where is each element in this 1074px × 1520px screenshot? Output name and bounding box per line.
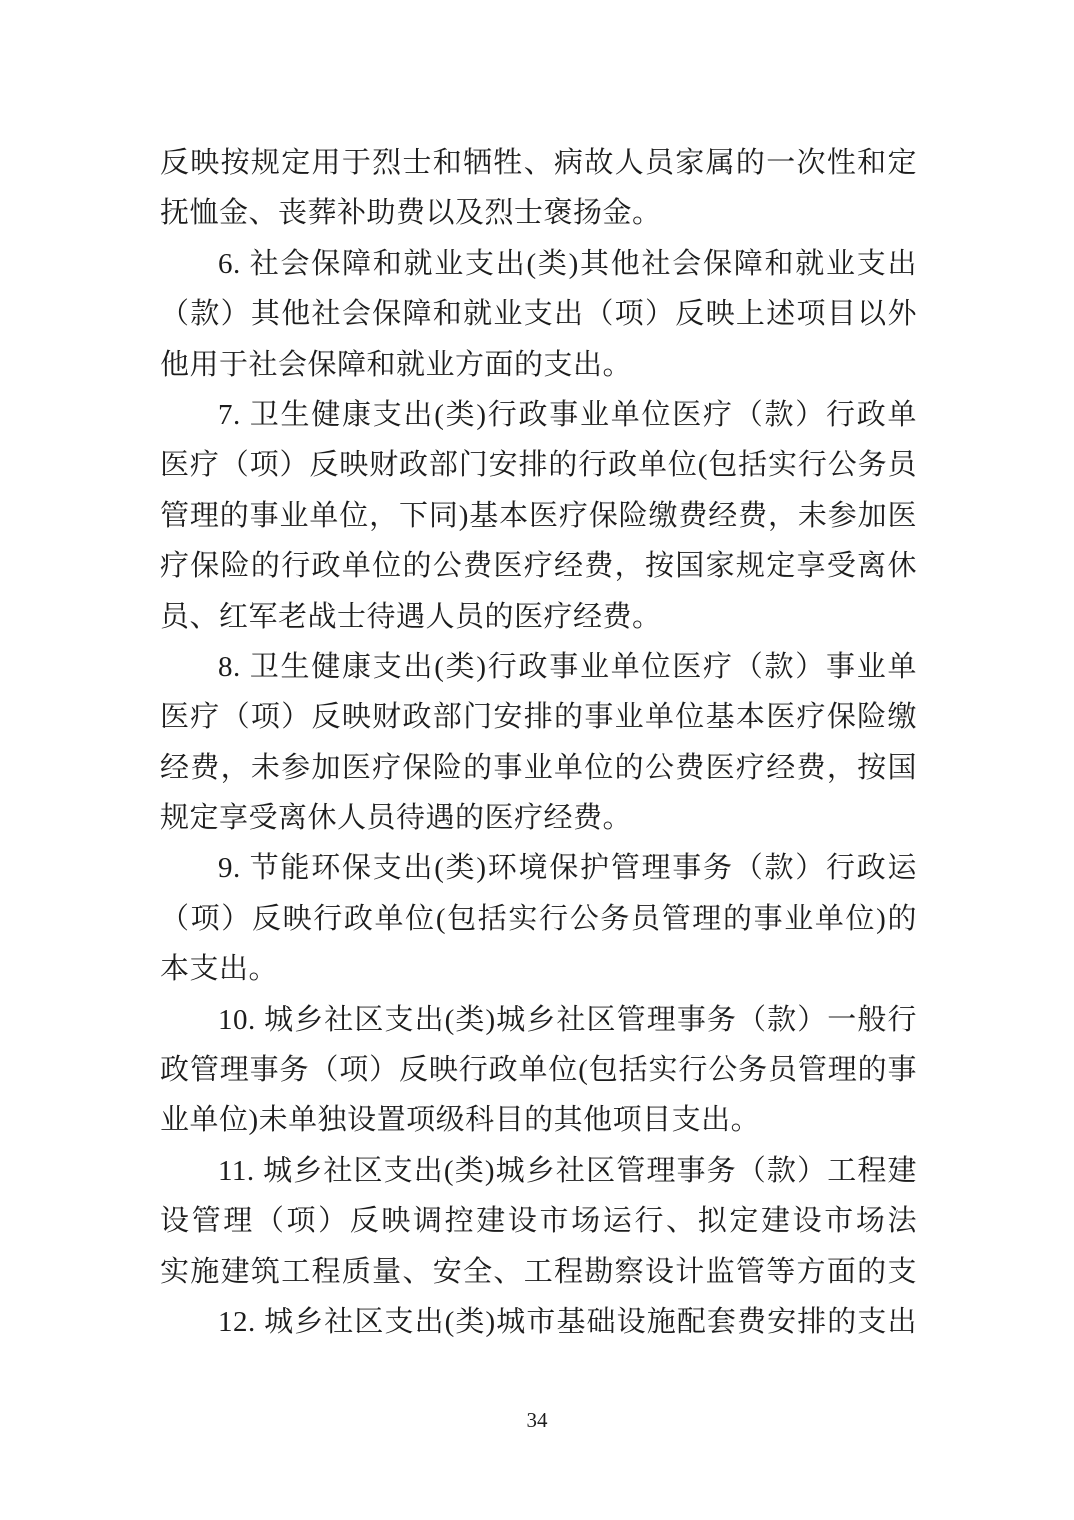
page-number: 34: [0, 1406, 1074, 1434]
text-line: 业单位)未单独设置项级科目的其他项目支出。: [160, 1095, 917, 1145]
text-line: 6. 社会保障和就业支出(类)其他社会保障和就业支出: [160, 239, 917, 289]
text-line: 他用于社会保障和就业方面的支出。: [160, 340, 917, 390]
text-line: 实施建筑工程质量、安全、工程勘察设计监管等方面的支出。: [160, 1247, 917, 1297]
text-line: 设管理（项）反映调控建设市场运行、拟定建设市场法规、: [160, 1196, 917, 1246]
text-line: 反映按规定用于烈士和牺牲、病故人员家属的一次性和定期: [160, 138, 917, 188]
text-line: 医疗（项）反映财政部门安排的行政单位(包括实行公务员: [160, 440, 917, 490]
text-line: 经费，未参加医疗保险的事业单位的公费医疗经费，按国家: [160, 743, 917, 793]
text-line: 抚恤金、丧葬补助费以及烈士褒扬金。: [160, 188, 917, 238]
text-line: 12. 城乡社区支出(类)城市基础设施配套费安排的支出: [160, 1297, 917, 1347]
text-line: （项）反映行政单位(包括实行公务员管理的事业单位)的基: [160, 894, 917, 944]
text-line: 8. 卫生健康支出(类)行政事业单位医疗（款）事业单位: [160, 642, 917, 692]
text-line: 政管理事务（项）反映行政单位(包括实行公务员管理的事: [160, 1045, 917, 1095]
text-line: 10. 城乡社区支出(类)城乡社区管理事务（款）一般行: [160, 995, 917, 1045]
text-line: 医疗（项）反映财政部门安排的事业单位基本医疗保险缴费: [160, 692, 917, 742]
text-line: 疗保险的行政单位的公费医疗经费，按国家规定享受离休人: [160, 541, 917, 591]
text-line: 规定享受离休人员待遇的医疗经费。: [160, 793, 917, 843]
text-line: （款）其他社会保障和就业支出（项）反映上述项目以外其: [160, 289, 917, 339]
text-line: 员、红军老战士待遇人员的医疗经费。: [160, 592, 917, 642]
document-page: 反映按规定用于烈士和牺牲、病故人员家属的一次性和定期抚恤金、丧葬补助费以及烈士褒…: [0, 0, 1074, 1520]
text-line: 11. 城乡社区支出(类)城乡社区管理事务（款）工程建: [160, 1146, 917, 1196]
text-line: 管理的事业单位，下同)基本医疗保险缴费经费，未参加医: [160, 491, 917, 541]
text-line: 7. 卫生健康支出(类)行政事业单位医疗（款）行政单位: [160, 390, 917, 440]
text-line: 9. 节能环保支出(类)环境保护管理事务（款）行政运行: [160, 843, 917, 893]
document-text-block: 反映按规定用于烈士和牺牲、病故人员家属的一次性和定期抚恤金、丧葬补助费以及烈士褒…: [160, 138, 917, 1347]
text-line: 本支出。: [160, 944, 917, 994]
